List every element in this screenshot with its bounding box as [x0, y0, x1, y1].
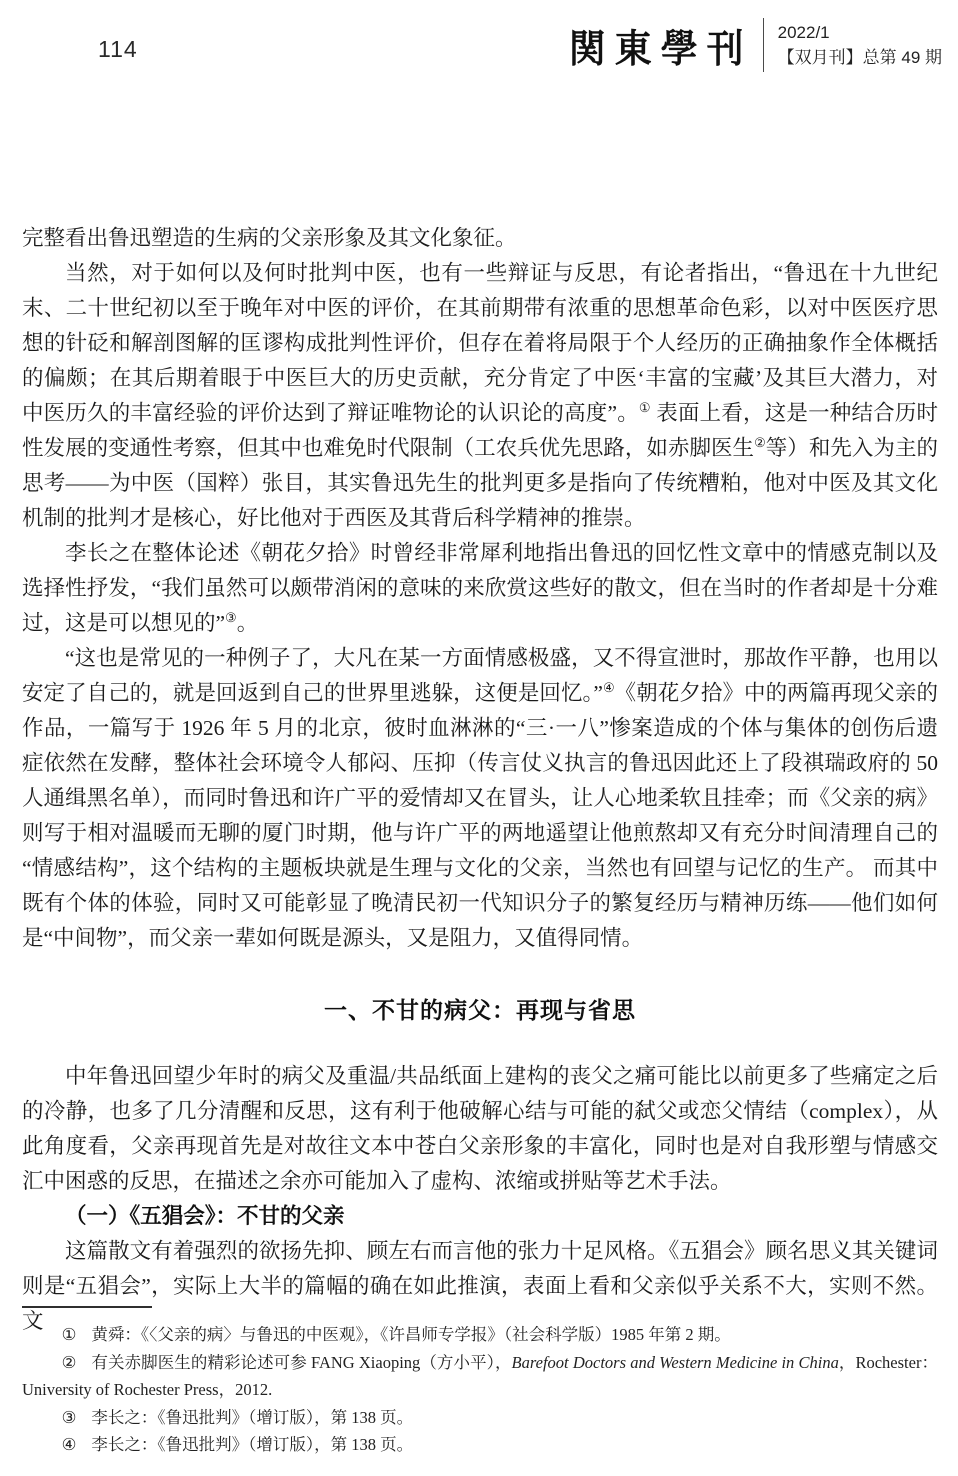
footnote-marker: ② — [62, 1353, 77, 1372]
paragraph: 当然，对于如何以及何时批判中医，也有一些辩证与反思，有论者指出，“鲁迅在十九世纪… — [22, 256, 938, 536]
footnote-marker: ④ — [62, 1435, 77, 1454]
page-number: 114 — [98, 36, 138, 63]
issue-number: 2022/1 — [778, 20, 942, 46]
footnote-reference: ① — [639, 400, 651, 415]
text-segment: 《朝花夕拾》中的两篇再现父亲的作品，一篇写于 1926 年 5 月的北京，彼时血… — [22, 681, 938, 950]
issue-info: 2022/1 【双月刊】总第 49 期 — [778, 20, 942, 71]
text-segment: 李长之：《鲁迅批判》（增订版），第 138 页。 — [91, 1435, 413, 1454]
paragraph-continuation: 完整看出鲁迅塑造的生病的父亲形象及其文化象征。 — [22, 221, 938, 256]
footnote-marker: ① — [62, 1325, 77, 1344]
issue-detail: 【双月刊】总第 49 期 — [778, 45, 942, 71]
journal-page: 114 関東學刊 2022/1 【双月刊】总第 49 期 完整看出鲁迅塑造的生病… — [0, 0, 958, 1476]
footnote: ④李长之：《鲁迅批判》（增订版），第 138 页。 — [22, 1431, 938, 1459]
footnote-text: 黄舜：《〈父亲的病〉与鲁迅的中医观》，《许昌师专学报》（社会科学版）1985 年… — [91, 1325, 730, 1344]
footnote-text: 有关赤脚医生的精彩论述可参 FANG Xiaoping（方小平），Barefoo… — [22, 1353, 938, 1400]
footnote: ①黄舜：《〈父亲的病〉与鲁迅的中医观》，《许昌师专学报》（社会科学版）1985 … — [22, 1321, 938, 1349]
text-segment: 李长之：《鲁迅批判》（增订版），第 138 页。 — [91, 1408, 413, 1427]
paragraph: 李长之在整体论述《朝花夕拾》时曾经非常犀利地指出鲁迅的回忆性文章中的情感克制以及… — [22, 536, 938, 641]
header-divider — [763, 18, 764, 72]
footnotes-section: ①黄舜：《〈父亲的病〉与鲁迅的中医观》，《许昌师专学报》（社会科学版）1985 … — [22, 1306, 938, 1459]
subsection-heading: （一）《五猖会》：不甘的父亲 — [22, 1199, 938, 1234]
footnote: ③李长之：《鲁迅批判》（增订版），第 138 页。 — [22, 1404, 938, 1432]
footnote-reference: ③ — [225, 610, 237, 625]
article-body: 完整看出鲁迅塑造的生病的父亲形象及其文化象征。 当然，对于如何以及何时批判中医，… — [22, 221, 938, 1339]
text-segment: Barefoot Doctors and Western Medicine in… — [512, 1353, 839, 1372]
text-segment: 完整看出鲁迅塑造的生病的父亲形象及其文化象征。 — [22, 226, 517, 250]
paragraph: “这也是常见的一种例子了，大凡在某一方面情感极盛，又不得宣泄时，那故作平静，也用… — [22, 641, 938, 956]
masthead: 関東學刊 2022/1 【双月刊】总第 49 期 — [569, 18, 942, 72]
text-segment: 。 — [237, 611, 259, 635]
footnote-reference: ④ — [603, 680, 615, 695]
footnote-marker: ③ — [62, 1408, 77, 1427]
footnote-separator — [22, 1306, 152, 1308]
footnote-text: 李长之：《鲁迅批判》（增订版），第 138 页。 — [91, 1435, 413, 1454]
paragraph: 中年鲁迅回望少年时的病父及重温/共品纸面上建构的丧父之痛可能比以前更多了些痛定之… — [22, 1059, 938, 1199]
text-segment: 有关赤脚医生的精彩论述可参 FANG Xiaoping（方小平）， — [91, 1353, 511, 1372]
text-segment: 李长之在整体论述《朝花夕拾》时曾经非常犀利地指出鲁迅的回忆性文章中的情感克制以及… — [22, 541, 938, 635]
footnote-text: 李长之：《鲁迅批判》（增订版），第 138 页。 — [91, 1408, 413, 1427]
journal-title-logo: 関東學刊 — [569, 17, 753, 74]
text-segment: 黄舜：《〈父亲的病〉与鲁迅的中医观》，《许昌师专学报》（社会科学版）1985 年… — [91, 1325, 730, 1344]
footnote: ②有关赤脚医生的精彩论述可参 FANG Xiaoping（方小平），Barefo… — [22, 1349, 938, 1404]
text-segment: 中年鲁迅回望少年时的病父及重温/共品纸面上建构的丧父之痛可能比以前更多了些痛定之… — [22, 1064, 938, 1193]
footnote-reference: ② — [754, 435, 766, 450]
section-heading: 一、不甘的病父：再现与省思 — [22, 992, 938, 1025]
